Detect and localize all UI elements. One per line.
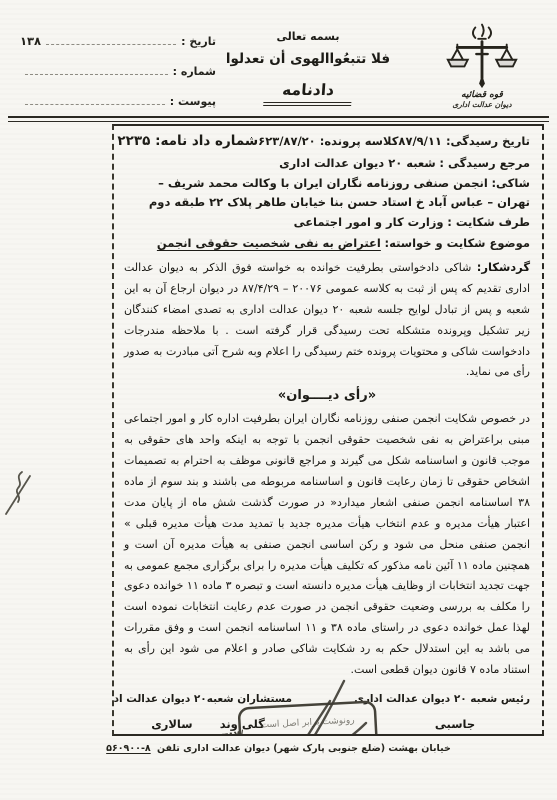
ruling-paragraph: در خصوص شکایت انجمن صنفی روزنامه نگاران …	[124, 409, 530, 681]
judiciary-emblem: قوه قضائیه دیوان عدالت اداری	[423, 22, 541, 109]
scanned-verdict-page: تاریخ : ۱۳۸ شماره : پیوست : بسمه تعالی ف…	[0, 0, 557, 800]
emblem-org-name: قوه قضائیه	[423, 90, 541, 100]
date-row: تاریخ : ۱۳۸	[20, 34, 216, 48]
chief-signature-block: رئیس شعبه ۲۰ دیوان عدالت اداری جاسبی	[380, 693, 530, 731]
address-text: خیابان بهشت (ضلع جنوبی پارک شهر) دیوان ع…	[157, 743, 451, 754]
date-value: ۱۳۸	[20, 34, 41, 48]
case-number: کلاسه پرونده: ۶۲۳/۸۷/۲۰	[258, 134, 398, 148]
date-blank-line	[46, 44, 176, 45]
subject-row: موضوع شکایت و خواسته: اعتراض به نفی شخصی…	[124, 234, 530, 252]
stamp-line1: رونوشت برابر اصل است	[260, 715, 354, 730]
authority-row: مرجع رسیدگی : شعبه ۲۰ دیوان عدالت اداری	[124, 154, 530, 172]
attachment-row: پیوست :	[20, 95, 216, 108]
number-row: شماره :	[20, 65, 216, 78]
verdict-number-value: ۲۲۳۵	[117, 133, 150, 149]
procedure-paragraph: گردشکار: شاکی دادخواستی بطرفیت خوانده به…	[124, 257, 530, 383]
subject-value: اعتراض به نفی شخصیت حقوقی انجمن	[157, 236, 381, 250]
case-number-value: ۶۲۳/۸۷/۲۰	[258, 134, 316, 148]
header-divider-rule	[8, 116, 549, 122]
case-number-label: کلاسه پرونده:	[320, 134, 399, 148]
case-header-row: تاریخ رسیدگی: ۸۷/۹/۱۱ کلاسه پرونده: ۶۲۳/…	[124, 131, 530, 153]
procedure-text: شاکی دادخواستی بطرفیت خوانده به خواسته ف…	[124, 261, 530, 378]
office-stamp-and-signature-icon: رونوشت برابر اصل است دفتر شعبه ۲۰ دیوان …	[232, 683, 384, 736]
verdict-body-box: تاریخ رسیدگی: ۸۷/۹/۱۱ کلاسه پرونده: ۶۲۳/…	[112, 124, 544, 736]
phone-number: ۵۶۰۹۰۰-۸	[106, 743, 151, 754]
number-blank-line	[25, 74, 168, 75]
verdict-number: شماره داد نامه: ۲۲۳۵	[117, 133, 258, 149]
verdict-number-label: شماره داد نامه:	[155, 133, 258, 149]
letterhead-titles: بسمه تعالی فلا تتبعُواالهوی أن تعدلوا دا…	[210, 30, 406, 106]
procedure-label: گردشکار:	[477, 260, 530, 274]
stamp-line2: دفتر شعبه ۲۰ دیوان عدالت اداری	[253, 735, 364, 736]
defendant-value: وزارت کار و امور اجتماعی	[294, 215, 444, 229]
emblem-court-name: دیوان عدالت اداری	[423, 100, 541, 109]
ruling-heading: «رأی دیــــوان»	[124, 388, 530, 403]
hearing-date: تاریخ رسیدگی: ۸۷/۹/۱۱	[398, 134, 530, 148]
handwritten-margin-mark-icon	[2, 468, 36, 520]
scales-of-justice-icon	[444, 22, 520, 88]
subject-label: موضوع شکایت و خواسته:	[385, 236, 531, 250]
ruling-text: در خصوص شکایت انجمن صنفی روزنامه نگاران …	[124, 412, 530, 676]
letterhead-date-block: تاریخ : ۱۳۸ شماره : پیوست :	[20, 34, 216, 125]
defendant-row: طرف شکایت : وزارت کار و امور اجتماعی	[124, 213, 530, 231]
hearing-date-value: ۸۷/۹/۱۱	[398, 134, 442, 148]
document-title: دادنامه	[263, 81, 353, 106]
quran-verse: فلا تتبعُواالهوی أن تعدلوا	[210, 51, 406, 67]
chief-name: جاسبی	[380, 717, 530, 731]
footer-address: خیابان بهشت (ضلع جنوبی پارک شهر) دیوان ع…	[0, 743, 557, 754]
stamp-zone: ۱۳۸۷/ رونوشت برابر اصل است دفتر شعبه ۲۰ …	[292, 693, 380, 736]
chief-title: رئیس شعبه ۲۰ دیوان عدالت اداری	[380, 693, 530, 705]
hearing-date-label: تاریخ رسیدگی:	[446, 134, 530, 148]
bismillah-text: بسمه تعالی	[210, 30, 406, 43]
attachment-blank-line	[25, 104, 165, 105]
plaintiff-row: شاکی: انجمن صنفی روزنامه نگاران ایران با…	[124, 174, 530, 211]
authority-value: شعبه ۲۰ دیوان عدالت اداری	[279, 156, 436, 170]
authority-label: مرجع رسیدگی :	[439, 156, 530, 170]
defendant-label: طرف شکایت :	[447, 215, 530, 229]
plaintiff-label: شاکی:	[491, 176, 530, 190]
advisor-name-2: سالاری	[151, 717, 192, 731]
plaintiff-value: انجمن صنفی روزنامه نگاران ایران با وکالت…	[149, 176, 530, 208]
signature-row: رئیس شعبه ۲۰ دیوان عدالت اداری جاسبی ۱۳۸…	[124, 693, 530, 736]
